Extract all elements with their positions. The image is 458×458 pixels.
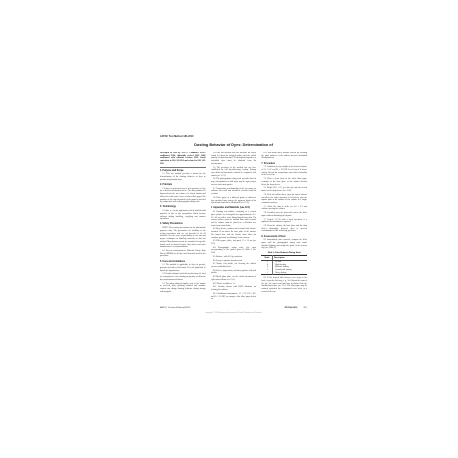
column-3: 6.13 Soft tissue and a suitable solvent … [261, 152, 307, 304]
paragraph: 6.12 Conditioned atmosphere, 21 ± 2°C (7… [211, 293, 257, 301]
paragraph: 5.6 The photographic rating scale provid… [211, 178, 257, 186]
paragraph: 6.1 Dusting test cabinet, consisting of … [211, 211, 257, 227]
section-heading: 3. Terminology [160, 206, 206, 209]
paragraph: 4.1 Review manufacturer's Material Safet… [160, 250, 206, 258]
paragraph: NOTE: These safety precautions are for i… [160, 227, 206, 249]
section-heading: 4. Safety Precautions [160, 223, 206, 226]
paragraph: 5.2 Results obtained with this method ma… [160, 273, 206, 281]
section-heading: 8. Assessment of Dust [261, 236, 307, 239]
paragraph: 5.7 Temperature and humidity of the test… [211, 188, 257, 196]
footer-manual-label: AATCC Technical Manual/2010 [160, 307, 190, 309]
section-heading: 1. Purpose and Scope [160, 170, 206, 173]
screenshot-canvas: AATCC Test Method 184-2010 Dusting Behav… [0, 0, 458, 458]
document-columns: Developed in 1998 by AATCC Committee RA8… [160, 152, 307, 304]
paragraph: 7.1 Condition the dye sample in its clos… [261, 166, 307, 177]
dust-rating-table: Table I—Dust Behavior Rating ScaleScaleD… [261, 252, 307, 275]
section-heading: 7. Procedure [261, 163, 307, 166]
paragraph: 5.1 The method is applicable to dyes in … [160, 264, 206, 272]
footer-page-number: 321 [303, 307, 307, 309]
section-divider [160, 167, 206, 168]
paragraph: 1.1 This test method provides a means fo… [160, 173, 206, 181]
paragraph: 6.10 Timer, readable to 1 s. [211, 283, 257, 286]
paragraph: 6.3 Filter paper, white, fast grade, 15 … [211, 240, 257, 245]
paragraph: 5.8 Filter paper of a different grade or… [211, 197, 257, 205]
paragraph: 6.7 Brush, soft bristle, for cleaning th… [211, 263, 257, 268]
paragraph: 7.4 Close the cabinet door, open the fun… [261, 194, 307, 205]
paragraph: 7.8 Clean the cabinet, the base plate an… [261, 225, 307, 233]
page-title: Dusting Behavior of Dyes: Determination … [160, 143, 307, 147]
paragraph: 6.8 Gloves, impervious, and safety glass… [211, 270, 257, 275]
column-2: 5.4 This test method does not measure th… [211, 152, 257, 304]
paragraph: 6.2 Drop device, stainless steel funnel … [211, 228, 257, 239]
section-heading: 5. Uses and Limitations [160, 261, 206, 264]
column-1: Developed in 1998 by AATCC Committee RA8… [160, 152, 206, 304]
paragraph: 5.3 The rating obtained applies only to … [160, 283, 206, 294]
paragraph: 7.3 Weigh 10.0 ± 0.1 g of the dye into t… [261, 187, 307, 192]
paragraph: 8.2 If the deposit falls between two ste… [261, 277, 307, 293]
paragraph: 8.1 Immediately after removal, compare t… [261, 239, 307, 250]
copyright-line: Copyright © 2010 American Association of… [160, 312, 307, 314]
paragraph: 2.1 Dust is generated from a test specim… [160, 188, 206, 204]
paragraph: 7.7 Repeat 7.2-7.6 with a fresh specimen… [261, 219, 307, 224]
paragraph: 7.2 Place a clean sheet of the white fil… [261, 178, 307, 186]
table-cell: 1 [261, 271, 273, 274]
footer-method-label: TM 184-2010 [284, 307, 297, 309]
foreword-paragraph: Developed in 1998 by AATCC Committee RA8… [160, 152, 206, 165]
table-cell: Heavy dusting [273, 271, 307, 274]
paragraph: 6.11 Vacuum cleaner with HEPA filtration… [211, 286, 257, 291]
method-reference-header: AATCC Test Method 184-2010 [160, 136, 307, 138]
paragraph: 3.1 dust, n.—in dye application, finely … [160, 210, 206, 221]
page-footer: AATCC Technical Manual/2010 TM 184-2010 … [160, 307, 307, 309]
rating-table: ScaleDescription5No dust4Slight dusting3… [261, 255, 307, 275]
section-heading: 6. Apparatus and Materials (see 12.1) [211, 207, 257, 210]
table-row: 1Heavy dusting [261, 271, 307, 274]
table-body: 5No dust4Slight dusting3Moderate dusting… [261, 260, 307, 274]
paragraph: 5.4 This test method does not measure th… [211, 152, 257, 166]
paragraph: 5.5 The precision of the method has not … [211, 167, 257, 178]
paragraph: 6.5 Balance, with 0.01 g resolution. [211, 256, 257, 259]
paragraph: 6.6 Scoop or spatula, stainless steel. [211, 260, 257, 263]
table-caption: Table I—Dust Behavior Rating Scale [261, 252, 307, 254]
paragraph: 6.4 Photographic rating scale, five step… [211, 247, 257, 255]
paragraph: 6.9 Black glass plate, for the visual as… [211, 276, 257, 281]
paragraph: 6.13 Soft tissue and a suitable solvent … [261, 152, 307, 160]
paragraph: 7.5 Allow the dust to settle for 2.0 ± 0… [261, 206, 307, 211]
section-heading: 2. Principle [160, 184, 206, 187]
document-page: AATCC Test Method 184-2010 Dusting Behav… [160, 136, 307, 314]
paragraph: 7.6 Carefully open the door and remove t… [261, 212, 307, 217]
